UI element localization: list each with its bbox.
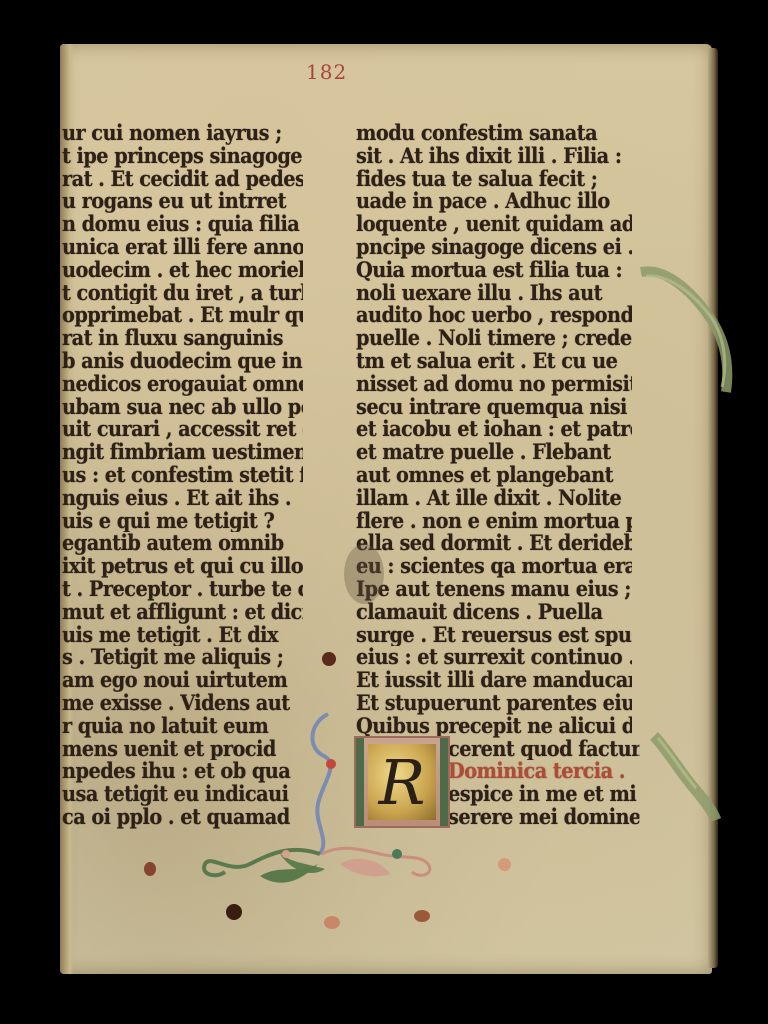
text-line: nisset ad domu no permisit (356, 373, 632, 396)
text-line: us : et confestim stetit fluxe (62, 464, 303, 487)
text-line: ella sed dormit . Et deridebat (356, 532, 632, 555)
text-line: tm et salua erit . Et cu ue (356, 350, 632, 373)
text-line: aut omnes et plangebant (356, 464, 632, 487)
wax-stain (498, 858, 511, 871)
text-line: t ipe princeps sinagoge (62, 145, 303, 168)
text-line: ubam sua nec ab ullo po (62, 396, 303, 419)
text-line: fides tua te salua fecit ; (356, 168, 632, 191)
text-line: et matre puelle . Flebant (356, 441, 632, 464)
text-line: illam . At ille dixit . Nolite (356, 487, 632, 510)
text-line: uade in pace . Adhuc illo (356, 190, 632, 213)
text-line: s . Tetigit me aliquis ; (62, 646, 303, 669)
text-line: clamauit dicens . Puella (356, 601, 632, 624)
text-line: am ego noui uirtutem (62, 669, 303, 692)
text-line: Ipe aut tenens manu eius ; (356, 578, 632, 601)
text-line: et iacobu et iohan : et patre (356, 418, 632, 441)
wax-stain (144, 862, 156, 876)
wax-stain (414, 910, 430, 922)
text-line: uodecim . et hec moriebat . (62, 259, 303, 282)
folio-number: 182 (306, 60, 347, 84)
text-line: secu intrare quemqua nisi petru (356, 396, 632, 419)
wax-stain (226, 904, 242, 920)
text-line: uis e qui me tetigit ? (62, 510, 303, 533)
text-line: mut et affligunt : et dicis (62, 601, 303, 624)
ink-smudge (344, 544, 384, 604)
text-line: nguis eius . Et ait ihs . (62, 487, 303, 510)
text-line: n domu eius : quia filia (62, 213, 303, 236)
acanthus-flourish-icon (190, 704, 490, 904)
text-line: rat in fluxu sanguinis (62, 327, 303, 350)
text-line: uit curari , accessit ret et (62, 418, 303, 441)
text-line: b anis duodecim que in (62, 350, 303, 373)
text-line: Et iussit illi dare manducare . (356, 669, 632, 692)
page-edge (708, 48, 718, 968)
text-line: modu confestim sanata (356, 122, 632, 145)
text-line: flere . non e enim mortua pu (356, 510, 632, 533)
text-line: pncipe sinagoge dicens ei . (356, 236, 632, 259)
text-line: ur cui nomen iayrus ; (62, 122, 303, 145)
text-line: noli uexare illu . Ihs aut (356, 282, 632, 305)
text-line: egantib autem omnib (62, 532, 303, 555)
text-line: unica erat illi fere annor (62, 236, 303, 259)
text-line: t contigit du iret , a turb (62, 282, 303, 305)
text-line: loquente , uenit quidam ad (356, 213, 632, 236)
text-line: sit . At ihs dixit illi . Filia : (356, 145, 632, 168)
text-line: ixit petrus et qui cu illo (62, 555, 303, 578)
text-line: puelle . Noli timere ; crede (356, 327, 632, 350)
manuscript-folio: 182 ur cui nomen iayrus ; t ipe princeps… (60, 44, 712, 974)
text-line: eu : scientes qa mortua erat . (356, 555, 632, 578)
text-line: eius : et surrexit continuo . (356, 646, 632, 669)
text-line: nedicos erogauiat omne (62, 373, 303, 396)
wax-stain (322, 652, 336, 666)
text-line: opprimebat . Et mulr queda (62, 304, 303, 327)
thread-tassel-icon (646, 728, 726, 828)
text-line: uis me tetigit . Et dix (62, 624, 303, 647)
text-line: t . Preceptor . turbe te co (62, 578, 303, 601)
text-line: Quia mortua est filia tua : (356, 259, 632, 282)
wax-stain (324, 916, 340, 929)
text-line: audito hoc uerbo , respondit pri (356, 304, 632, 327)
text-line: surge . Et reuersus est spus (356, 624, 632, 647)
thread-tassel-icon (636, 262, 736, 402)
text-line: rat . Et cecidit ad pedes (62, 168, 303, 191)
text-line: u rogans eu ut intrret (62, 190, 303, 213)
text-line: ngit fimbriam uestimenti (62, 441, 303, 464)
